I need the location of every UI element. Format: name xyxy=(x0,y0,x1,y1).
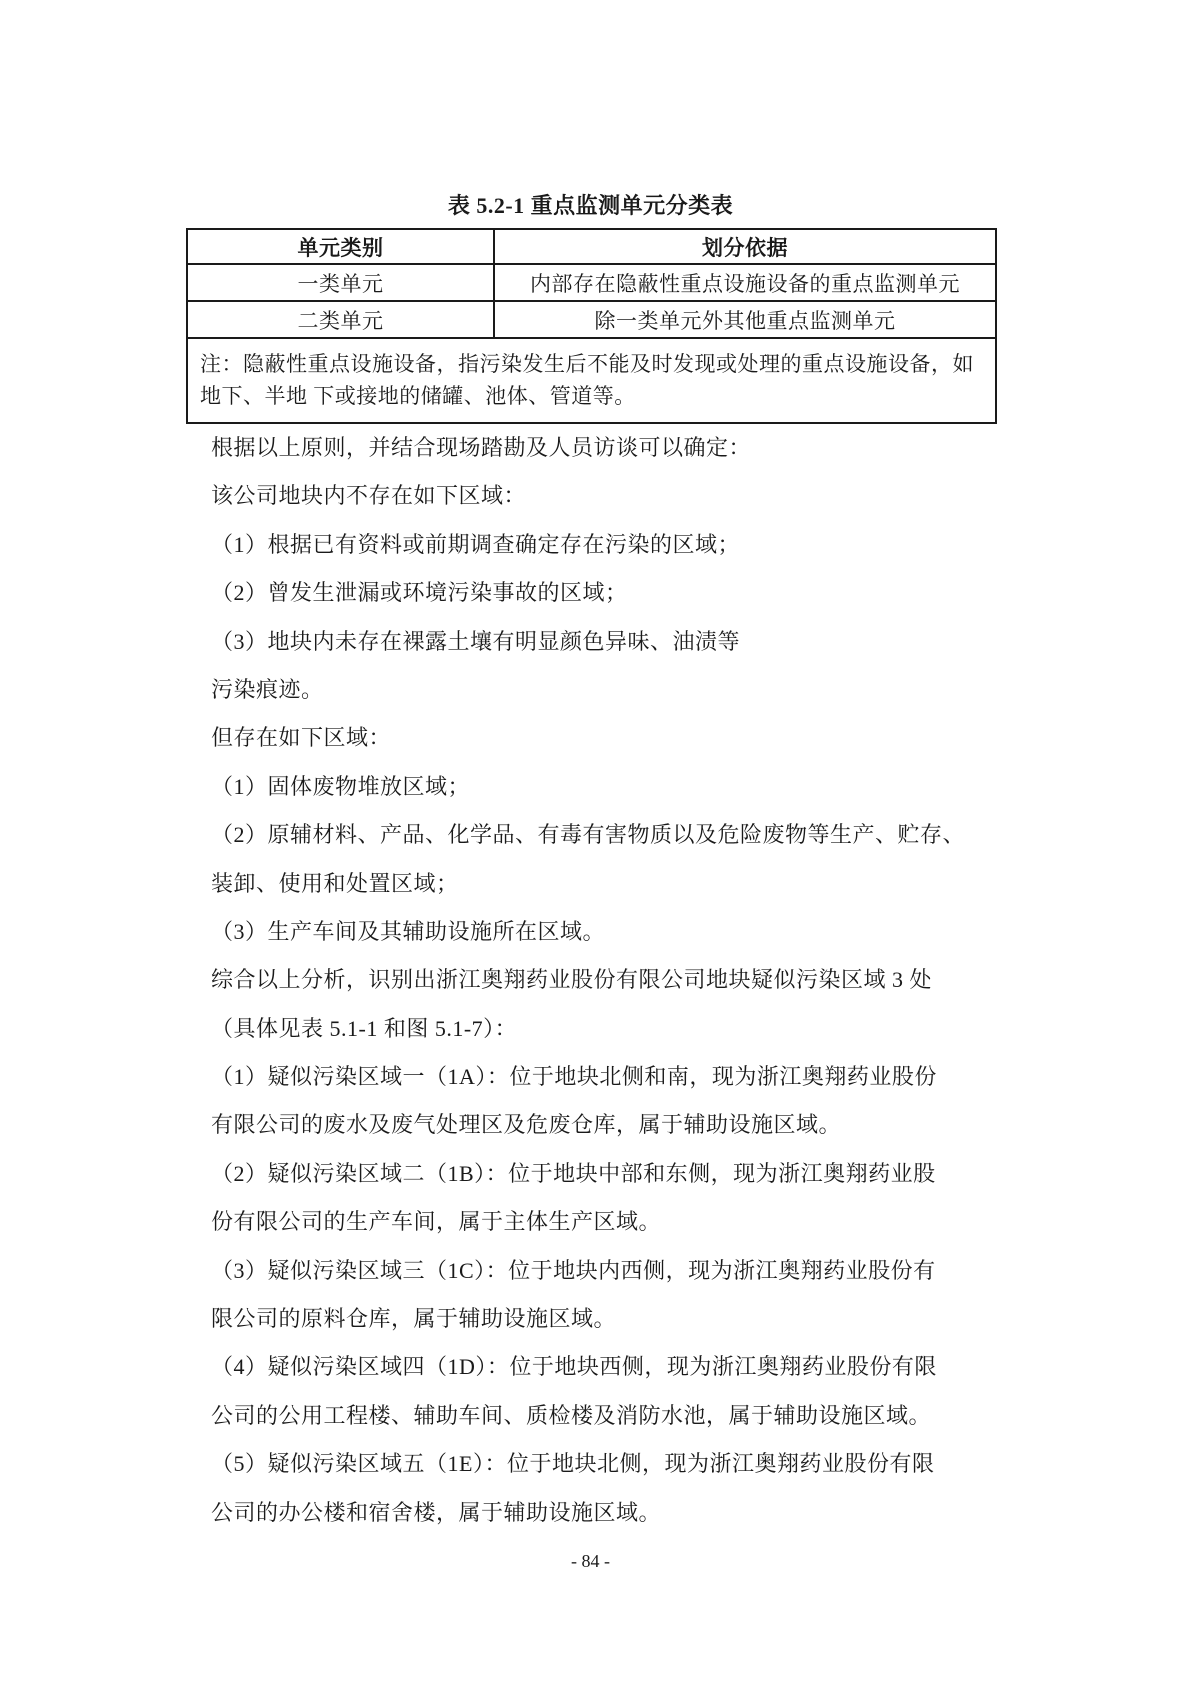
body-line: （1）固体废物堆放区域； xyxy=(211,763,1021,811)
body-line: 公司的公用工程楼、辅助车间、质检楼及消防水池，属于辅助设施区域。 xyxy=(211,1392,1021,1440)
body-line: 污染痕迹。 xyxy=(211,666,1021,714)
classification-table: 单元类别 划分依据 一类单元 内部存在隐蔽性重点设施设备的重点监测单元 二类单元… xyxy=(186,228,997,424)
document-page: 表 5.2-1 重点监测单元分类表 单元类别 划分依据 一类单元 内部存在隐蔽性… xyxy=(0,0,1199,1696)
body-line: 该公司地块内不存在如下区域： xyxy=(211,472,1021,520)
table-note-line: 注：隐蔽性重点设施设备，指污染发生后不能及时发现或处理的重点设施设备，如 xyxy=(200,348,985,380)
cell-category-2: 二类单元 xyxy=(187,301,494,338)
header-cell-unit-category: 单元类别 xyxy=(187,229,494,264)
body-line: （1）根据已有资料或前期调查确定存在污染的区域； xyxy=(211,521,1021,569)
table-header-row: 单元类别 划分依据 xyxy=(187,229,996,264)
body-line: 但存在如下区域： xyxy=(211,714,1021,762)
page-number: - 84 - xyxy=(186,1551,995,1572)
body-line: （3）生产车间及其辅助设施所在区域。 xyxy=(211,908,1021,956)
body-line: 公司的办公楼和宿舍楼，属于辅助设施区域。 xyxy=(211,1489,1021,1537)
cell-basis-2: 除一类单元外其他重点监测单元 xyxy=(494,301,996,338)
cell-basis-1: 内部存在隐蔽性重点设施设备的重点监测单元 xyxy=(494,264,996,301)
body-line: （2）疑似污染区域二（1B）：位于地块中部和东侧，现为浙江奥翔药业股 xyxy=(211,1150,1021,1198)
body-line: （1）疑似污染区域一（1A）：位于地块北侧和南，现为浙江奥翔药业股份 xyxy=(211,1053,1021,1101)
body-text: 根据以上原则，并结合现场踏勘及人员访谈可以确定： 该公司地块内不存在如下区域： … xyxy=(211,424,1021,1537)
table-title: 表 5.2-1 重点监测单元分类表 xyxy=(186,189,995,220)
table-note-cell: 注：隐蔽性重点设施设备，指污染发生后不能及时发现或处理的重点设施设备，如 地下、… xyxy=(187,338,996,423)
body-line: （4）疑似污染区域四（1D）：位于地块西侧，现为浙江奥翔药业股份有限 xyxy=(211,1343,1021,1391)
body-line: （3）疑似污染区域三（1C）：位于地块内西侧，现为浙江奥翔药业股份有 xyxy=(211,1247,1021,1295)
body-line: （2）原辅材料、产品、化学品、有毒有害物质以及危险废物等生产、贮存、 xyxy=(211,811,1021,859)
table-row: 一类单元 内部存在隐蔽性重点设施设备的重点监测单元 xyxy=(187,264,996,301)
body-line: （具体见表 5.1-1 和图 5.1-7）： xyxy=(211,1005,1021,1053)
body-line: （2）曾发生泄漏或环境污染事故的区域； xyxy=(211,569,1021,617)
body-line: 装卸、使用和处置区域； xyxy=(211,860,1021,908)
body-line: （3）地块内未存在裸露土壤有明显颜色异味、油渍等 xyxy=(211,618,1021,666)
table-note-row: 注：隐蔽性重点设施设备，指污染发生后不能及时发现或处理的重点设施设备，如 地下、… xyxy=(187,338,996,423)
body-line: （5）疑似污染区域五（1E）：位于地块北侧，现为浙江奥翔药业股份有限 xyxy=(211,1440,1021,1488)
body-line: 限公司的原料仓库，属于辅助设施区域。 xyxy=(211,1295,1021,1343)
header-cell-division-basis: 划分依据 xyxy=(494,229,996,264)
body-line: 综合以上分析，识别出浙江奥翔药业股份有限公司地块疑似污染区域 3 处 xyxy=(211,956,1021,1004)
body-line: 根据以上原则，并结合现场踏勘及人员访谈可以确定： xyxy=(211,424,1021,472)
table-note-line: 地下、半地 下或接地的储罐、池体、管道等。 xyxy=(200,380,985,412)
table-row: 二类单元 除一类单元外其他重点监测单元 xyxy=(187,301,996,338)
cell-category-1: 一类单元 xyxy=(187,264,494,301)
body-line: 有限公司的废水及废气处理区及危废仓库，属于辅助设施区域。 xyxy=(211,1101,1021,1149)
body-line: 份有限公司的生产车间，属于主体生产区域。 xyxy=(211,1198,1021,1246)
